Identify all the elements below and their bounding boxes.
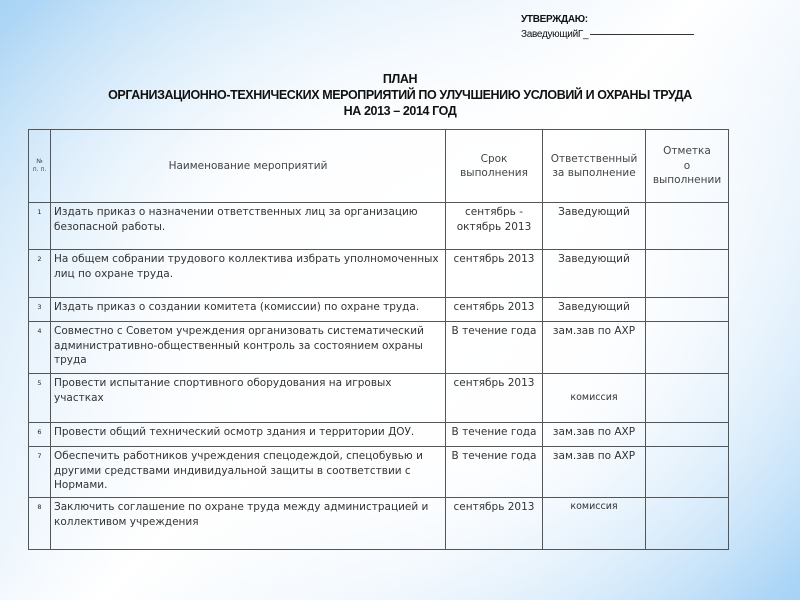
table-row: 7 Обеспечить работников учреждения спецо…: [29, 447, 729, 498]
row-term: В течение года: [446, 322, 543, 374]
row-activity: На общем собрании трудового коллектива и…: [51, 250, 446, 298]
title-line-2: ОРГАНИЗАЦИОННО-ТЕХНИЧЕСКИХ МЕРОПРИЯТИЙ П…: [0, 87, 800, 103]
header-term-line-1: Срок: [449, 152, 539, 167]
header-number-sign: №: [32, 158, 47, 166]
row-mark: [646, 250, 729, 298]
row-activity: Издать приказ о создании комитета (комис…: [51, 298, 446, 322]
row-activity: Издать приказ о назначении ответственных…: [51, 203, 446, 250]
row-number: 7: [29, 447, 51, 498]
header-mark-line-1: Отметка: [649, 144, 725, 159]
row-activity: Заключить соглашение по охране труда меж…: [51, 498, 446, 550]
row-number: 1: [29, 203, 51, 250]
row-activity: Обеспечить работников учреждения спецоде…: [51, 447, 446, 498]
table-row: 1 Издать приказ о назначении ответственн…: [29, 203, 729, 250]
row-responsible: комиссия: [543, 498, 646, 550]
row-number: 6: [29, 423, 51, 447]
approval-block: УТВЕРЖДАЮ: ЗаведующийГ_: [521, 12, 694, 42]
row-activity: Провести общий технический осмотр здания…: [51, 423, 446, 447]
row-responsible: комиссия: [543, 374, 646, 423]
table-row: 5 Провести испытание спортивного оборудо…: [29, 374, 729, 423]
row-responsible: Заведующий: [543, 298, 646, 322]
row-mark: [646, 447, 729, 498]
signature-line: [590, 34, 694, 35]
row-term: сентябрь - октябрь 2013: [446, 203, 543, 250]
header-mark-line-3: выполнении: [649, 173, 725, 188]
header-name: Наименование мероприятий: [51, 130, 446, 203]
approval-heading: УТВЕРЖДАЮ:: [521, 12, 694, 27]
header-resp-line-2: за выполнение: [546, 166, 642, 181]
row-number: 5: [29, 374, 51, 423]
table-header-row: № п. п. Наименование мероприятий Срок вы…: [29, 130, 729, 203]
header-responsible: Ответственный за выполнение: [543, 130, 646, 203]
header-mark-line-2: о: [649, 159, 725, 174]
row-number: 2: [29, 250, 51, 298]
header-mark: Отметка о выполнении: [646, 130, 729, 203]
row-term: сентябрь 2013: [446, 298, 543, 322]
row-responsible: зам.зав по АХР: [543, 447, 646, 498]
row-mark: [646, 298, 729, 322]
row-mark: [646, 203, 729, 250]
row-activity: Провести испытание спортивного оборудова…: [51, 374, 446, 423]
approval-signatory: ЗаведующийГ_: [521, 27, 694, 42]
table-row: 4 Совместно с Советом учреждения организ…: [29, 322, 729, 374]
row-term: В течение года: [446, 447, 543, 498]
row-mark: [646, 423, 729, 447]
approval-signatory-text: ЗаведующийГ_: [521, 29, 588, 40]
row-activity: Совместно с Советом учреждения организов…: [51, 322, 446, 374]
row-number: 8: [29, 498, 51, 550]
title-line-3: НА 2013 – 2014 ГОД: [0, 103, 800, 119]
row-mark: [646, 322, 729, 374]
header-number: № п. п.: [29, 130, 51, 203]
table-row: 6 Провести общий технический осмотр здан…: [29, 423, 729, 447]
row-term: В течение года: [446, 423, 543, 447]
header-number-label: п. п.: [32, 166, 47, 174]
title-line-1: ПЛАН: [0, 71, 800, 87]
table-row: 2 На общем собрании трудового коллектива…: [29, 250, 729, 298]
row-number: 4: [29, 322, 51, 374]
plan-table: № п. п. Наименование мероприятий Срок вы…: [28, 129, 729, 550]
row-number: 3: [29, 298, 51, 322]
header-term-line-2: выполнения: [449, 166, 539, 181]
header-term: Срок выполнения: [446, 130, 543, 203]
row-responsible: Заведующий: [543, 203, 646, 250]
row-term: сентябрь 2013: [446, 498, 543, 550]
table-row: 3 Издать приказ о создании комитета (ком…: [29, 298, 729, 322]
row-mark: [646, 374, 729, 423]
row-responsible: зам.зав по АХР: [543, 322, 646, 374]
row-responsible: Заведующий: [543, 250, 646, 298]
row-term: сентябрь 2013: [446, 374, 543, 423]
row-term: сентябрь 2013: [446, 250, 543, 298]
header-resp-line-1: Ответственный: [546, 152, 642, 167]
row-mark: [646, 498, 729, 550]
table-row: 8 Заключить соглашение по охране труда м…: [29, 498, 729, 550]
document-title: ПЛАН ОРГАНИЗАЦИОННО-ТЕХНИЧЕСКИХ МЕРОПРИЯ…: [0, 71, 800, 119]
row-responsible: зам.зав по АХР: [543, 423, 646, 447]
